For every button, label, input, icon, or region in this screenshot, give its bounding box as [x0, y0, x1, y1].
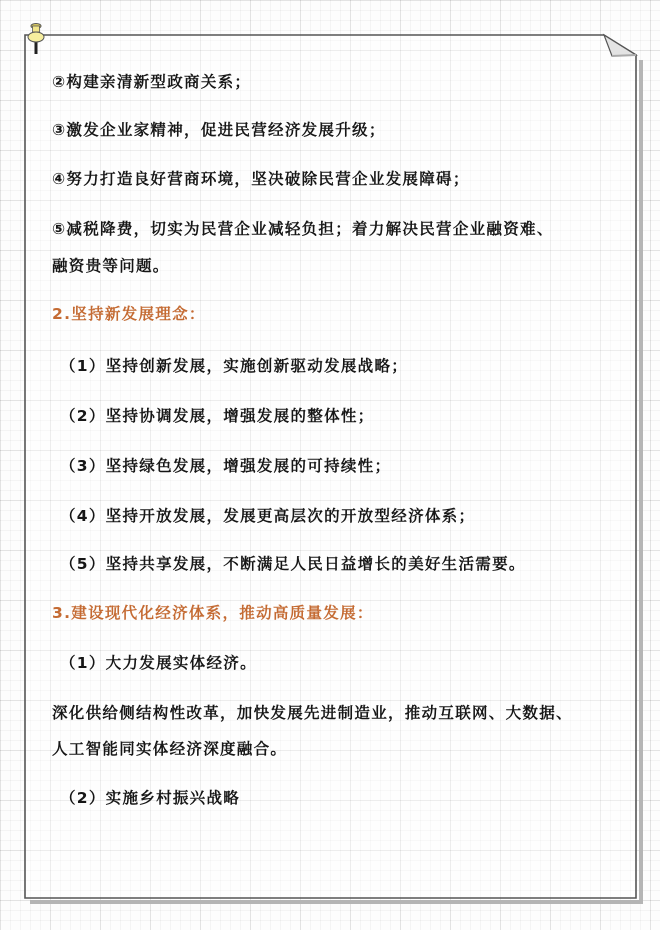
list-item: （3）坚持绿色发展，增强发展的可持续性；: [60, 454, 391, 476]
list-item: （1）大力发展实体经济。: [60, 651, 257, 673]
list-item: （5）坚持共享发展，不断满足人民日益增长的美好生活需要。: [60, 552, 526, 574]
paragraph: 深化供给侧结构性改革，加快发展先进制造业，推动互联网、大数据、: [52, 701, 573, 723]
paragraph-continuation: 人工智能同实体经济深度融合。: [52, 737, 287, 759]
list-item-continuation: 融资贵等问题。: [52, 254, 170, 276]
pushpin-icon: [26, 18, 54, 58]
section-heading: 3.建设现代化经济体系，推动高质量发展：: [52, 601, 374, 623]
list-item: （4）坚持开放发展，发展更高层次的开放型经济体系；: [60, 504, 475, 526]
list-item: ④努力打造良好营商环境，坚决破除民营企业发展障碍；: [52, 167, 470, 189]
list-item: ②构建亲清新型政商关系；: [52, 70, 251, 92]
folded-corner-icon: [604, 35, 636, 56]
list-item: （2）实施乡村振兴战略: [60, 786, 240, 808]
section-heading: 2.坚持新发展理念：: [52, 302, 206, 324]
list-item: （1）坚持创新发展，实施创新驱动发展战略；: [60, 354, 408, 376]
list-item: （2）坚持协调发展，增强发展的整体性；: [60, 404, 375, 426]
list-item: ⑤减税降费，切实为民营企业减轻负担；着力解决民营企业融资难、: [52, 217, 554, 239]
list-item: ③激发企业家精神，促进民营经济发展升级；: [52, 118, 386, 140]
